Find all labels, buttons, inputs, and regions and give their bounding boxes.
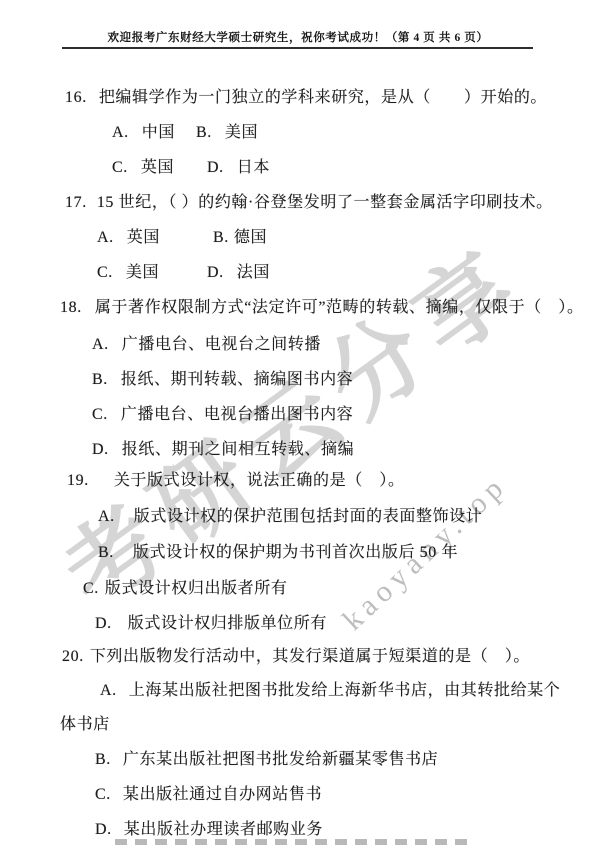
question-17-option-d: D. 法国 bbox=[207, 259, 270, 282]
option-text: 德国 bbox=[234, 224, 267, 247]
question-18-option-d: D. 报纸、期刊之间相互转载、摘编 bbox=[92, 436, 354, 459]
option-label: B. bbox=[213, 229, 229, 247]
question-text: 15 世纪，（ ）的约翰·谷登堡发明了一整套金属活字印刷技术。 bbox=[97, 189, 553, 212]
question-number: 17. bbox=[65, 194, 87, 212]
question-19-option-d: D. 版式设计权归排版单位所有 bbox=[95, 610, 327, 633]
question-text: 下列出版物发行活动中，其发行渠道属于短渠道的是（ ）。 bbox=[90, 643, 530, 666]
question-17-option-b: B. 德国 bbox=[213, 224, 267, 247]
question-18-option-c: C. 广播电台、电视台播出图书内容 bbox=[92, 401, 353, 424]
option-label: C. bbox=[83, 580, 99, 598]
option-text: 广播电台、电视台之间转播 bbox=[122, 331, 321, 354]
option-label: A. bbox=[92, 336, 109, 354]
option-label: B. bbox=[95, 751, 111, 769]
option-text: 报纸、期刊转载、摘编图书内容 bbox=[121, 366, 353, 389]
option-text: 广播电台、电视台播出图书内容 bbox=[121, 401, 353, 424]
option-label: A. bbox=[98, 508, 115, 526]
question-number: 18. bbox=[60, 299, 82, 317]
option-text: 版式设计权的保护期为书刊首次出版后 50 年 bbox=[133, 539, 458, 562]
option-label: D. bbox=[207, 159, 224, 177]
option-text: 版式设计权归排版单位所有 bbox=[128, 610, 327, 633]
question-18-option-a: A. 广播电台、电视台之间转播 bbox=[92, 331, 321, 354]
option-text: 某出版社通过自办网站售书 bbox=[123, 781, 322, 804]
question-17-option-c: C. 美国 bbox=[97, 259, 159, 282]
option-label: A. bbox=[97, 229, 114, 247]
option-text: 英国 bbox=[127, 224, 160, 247]
question-20-stem: 20. 下列出版物发行活动中，其发行渠道属于短渠道的是（ ）。 bbox=[62, 643, 530, 666]
question-17-option-a: A. 英国 bbox=[97, 224, 160, 247]
option-text: 法国 bbox=[237, 259, 270, 282]
option-label: D. bbox=[92, 441, 109, 459]
option-text: 报纸、期刊之间相互转载、摘编 bbox=[122, 436, 354, 459]
option-label: D. bbox=[95, 821, 112, 839]
option-text: 英国 bbox=[141, 154, 174, 177]
page-header: 欢迎报考广东财经大学硕士研究生，祝你考试成功！（第 4 页 共 6 页） bbox=[0, 29, 596, 45]
option-text: 美国 bbox=[126, 259, 159, 282]
option-label: B. bbox=[92, 371, 108, 389]
question-19-stem: 19. 关于版式设计权，说法正确的是（ ）。 bbox=[67, 467, 405, 490]
question-17-stem: 17. 15 世纪，（ ）的约翰·谷登堡发明了一整套金属活字印刷技术。 bbox=[65, 189, 553, 212]
question-20-option-b: B. 广东某出版社把图书批发给新疆某零售书店 bbox=[95, 746, 438, 769]
question-19-option-b: B. 版式设计权的保护期为书刊首次出版后 50 年 bbox=[98, 539, 458, 562]
question-16-stem: 16. 把编辑学作为一门独立的学科来研究，是从（ ）开始的。 bbox=[65, 84, 547, 107]
option-text: 美国 bbox=[225, 119, 258, 142]
option-text: 中国 bbox=[142, 119, 175, 142]
option-text: 某出版社办理读者邮购业务 bbox=[124, 816, 323, 839]
question-text: 属于著作权限制方式“法定许可”范畴的转载、摘编，仅限于（ ）。 bbox=[95, 294, 584, 317]
question-20-option-d: D. 某出版社办理读者邮购业务 bbox=[95, 816, 323, 839]
option-label: B. bbox=[196, 124, 212, 142]
bottom-cutoff-line bbox=[115, 839, 467, 845]
question-20-option-c: C. 某出版社通过自办网站售书 bbox=[95, 781, 322, 804]
option-label: D. bbox=[95, 615, 112, 633]
question-20-option-a-continuation: 体书店 bbox=[60, 711, 110, 734]
question-number: 19. bbox=[67, 472, 89, 490]
question-20-option-a: A. 上海某出版社把图书批发给上海新华书店，由其转批给某个 bbox=[100, 677, 560, 700]
option-text: 版式设计权归出版者所有 bbox=[105, 575, 288, 598]
question-text: 关于版式设计权，说法正确的是（ ）。 bbox=[114, 467, 405, 490]
question-number: 16. bbox=[65, 89, 87, 107]
option-label: C. bbox=[112, 159, 128, 177]
exam-page: 考研云分享 kaoyany.top 欢迎报考广东财经大学硕士研究生，祝你考试成功… bbox=[0, 0, 596, 862]
question-16-option-c: C. 英国 bbox=[112, 154, 174, 177]
question-16-option-d: D. 日本 bbox=[207, 154, 270, 177]
question-16-option-a: A. 中国 bbox=[112, 119, 175, 142]
question-19-option-a: A. 版式设计权的保护范围包括封面的表面整饰设计 bbox=[98, 503, 482, 526]
option-label: A. bbox=[100, 682, 117, 700]
option-text: 版式设计权的保护范围包括封面的表面整饰设计 bbox=[134, 503, 483, 526]
question-19-option-c: C. 版式设计权归出版者所有 bbox=[83, 575, 287, 598]
question-text: 把编辑学作为一门独立的学科来研究，是从（ ）开始的。 bbox=[99, 84, 547, 107]
header-rule bbox=[62, 47, 533, 49]
option-label: A. bbox=[112, 124, 129, 142]
option-label: D. bbox=[207, 264, 224, 282]
option-label: C. bbox=[97, 264, 113, 282]
option-text: 日本 bbox=[237, 154, 270, 177]
option-text: 广东某出版社把图书批发给新疆某零售书店 bbox=[123, 746, 438, 769]
question-number: 20. bbox=[62, 648, 84, 666]
option-label: C. bbox=[92, 406, 108, 424]
option-label: B. bbox=[98, 544, 114, 562]
question-18-option-b: B. 报纸、期刊转载、摘编图书内容 bbox=[92, 366, 353, 389]
option-text: 上海某出版社把图书批发给上海新华书店，由其转批给某个 bbox=[129, 677, 561, 700]
question-18-stem: 18. 属于著作权限制方式“法定许可”范畴的转载、摘编，仅限于（ ）。 bbox=[60, 294, 584, 317]
option-label: C. bbox=[95, 786, 111, 804]
question-16-option-b: B. 美国 bbox=[196, 119, 258, 142]
